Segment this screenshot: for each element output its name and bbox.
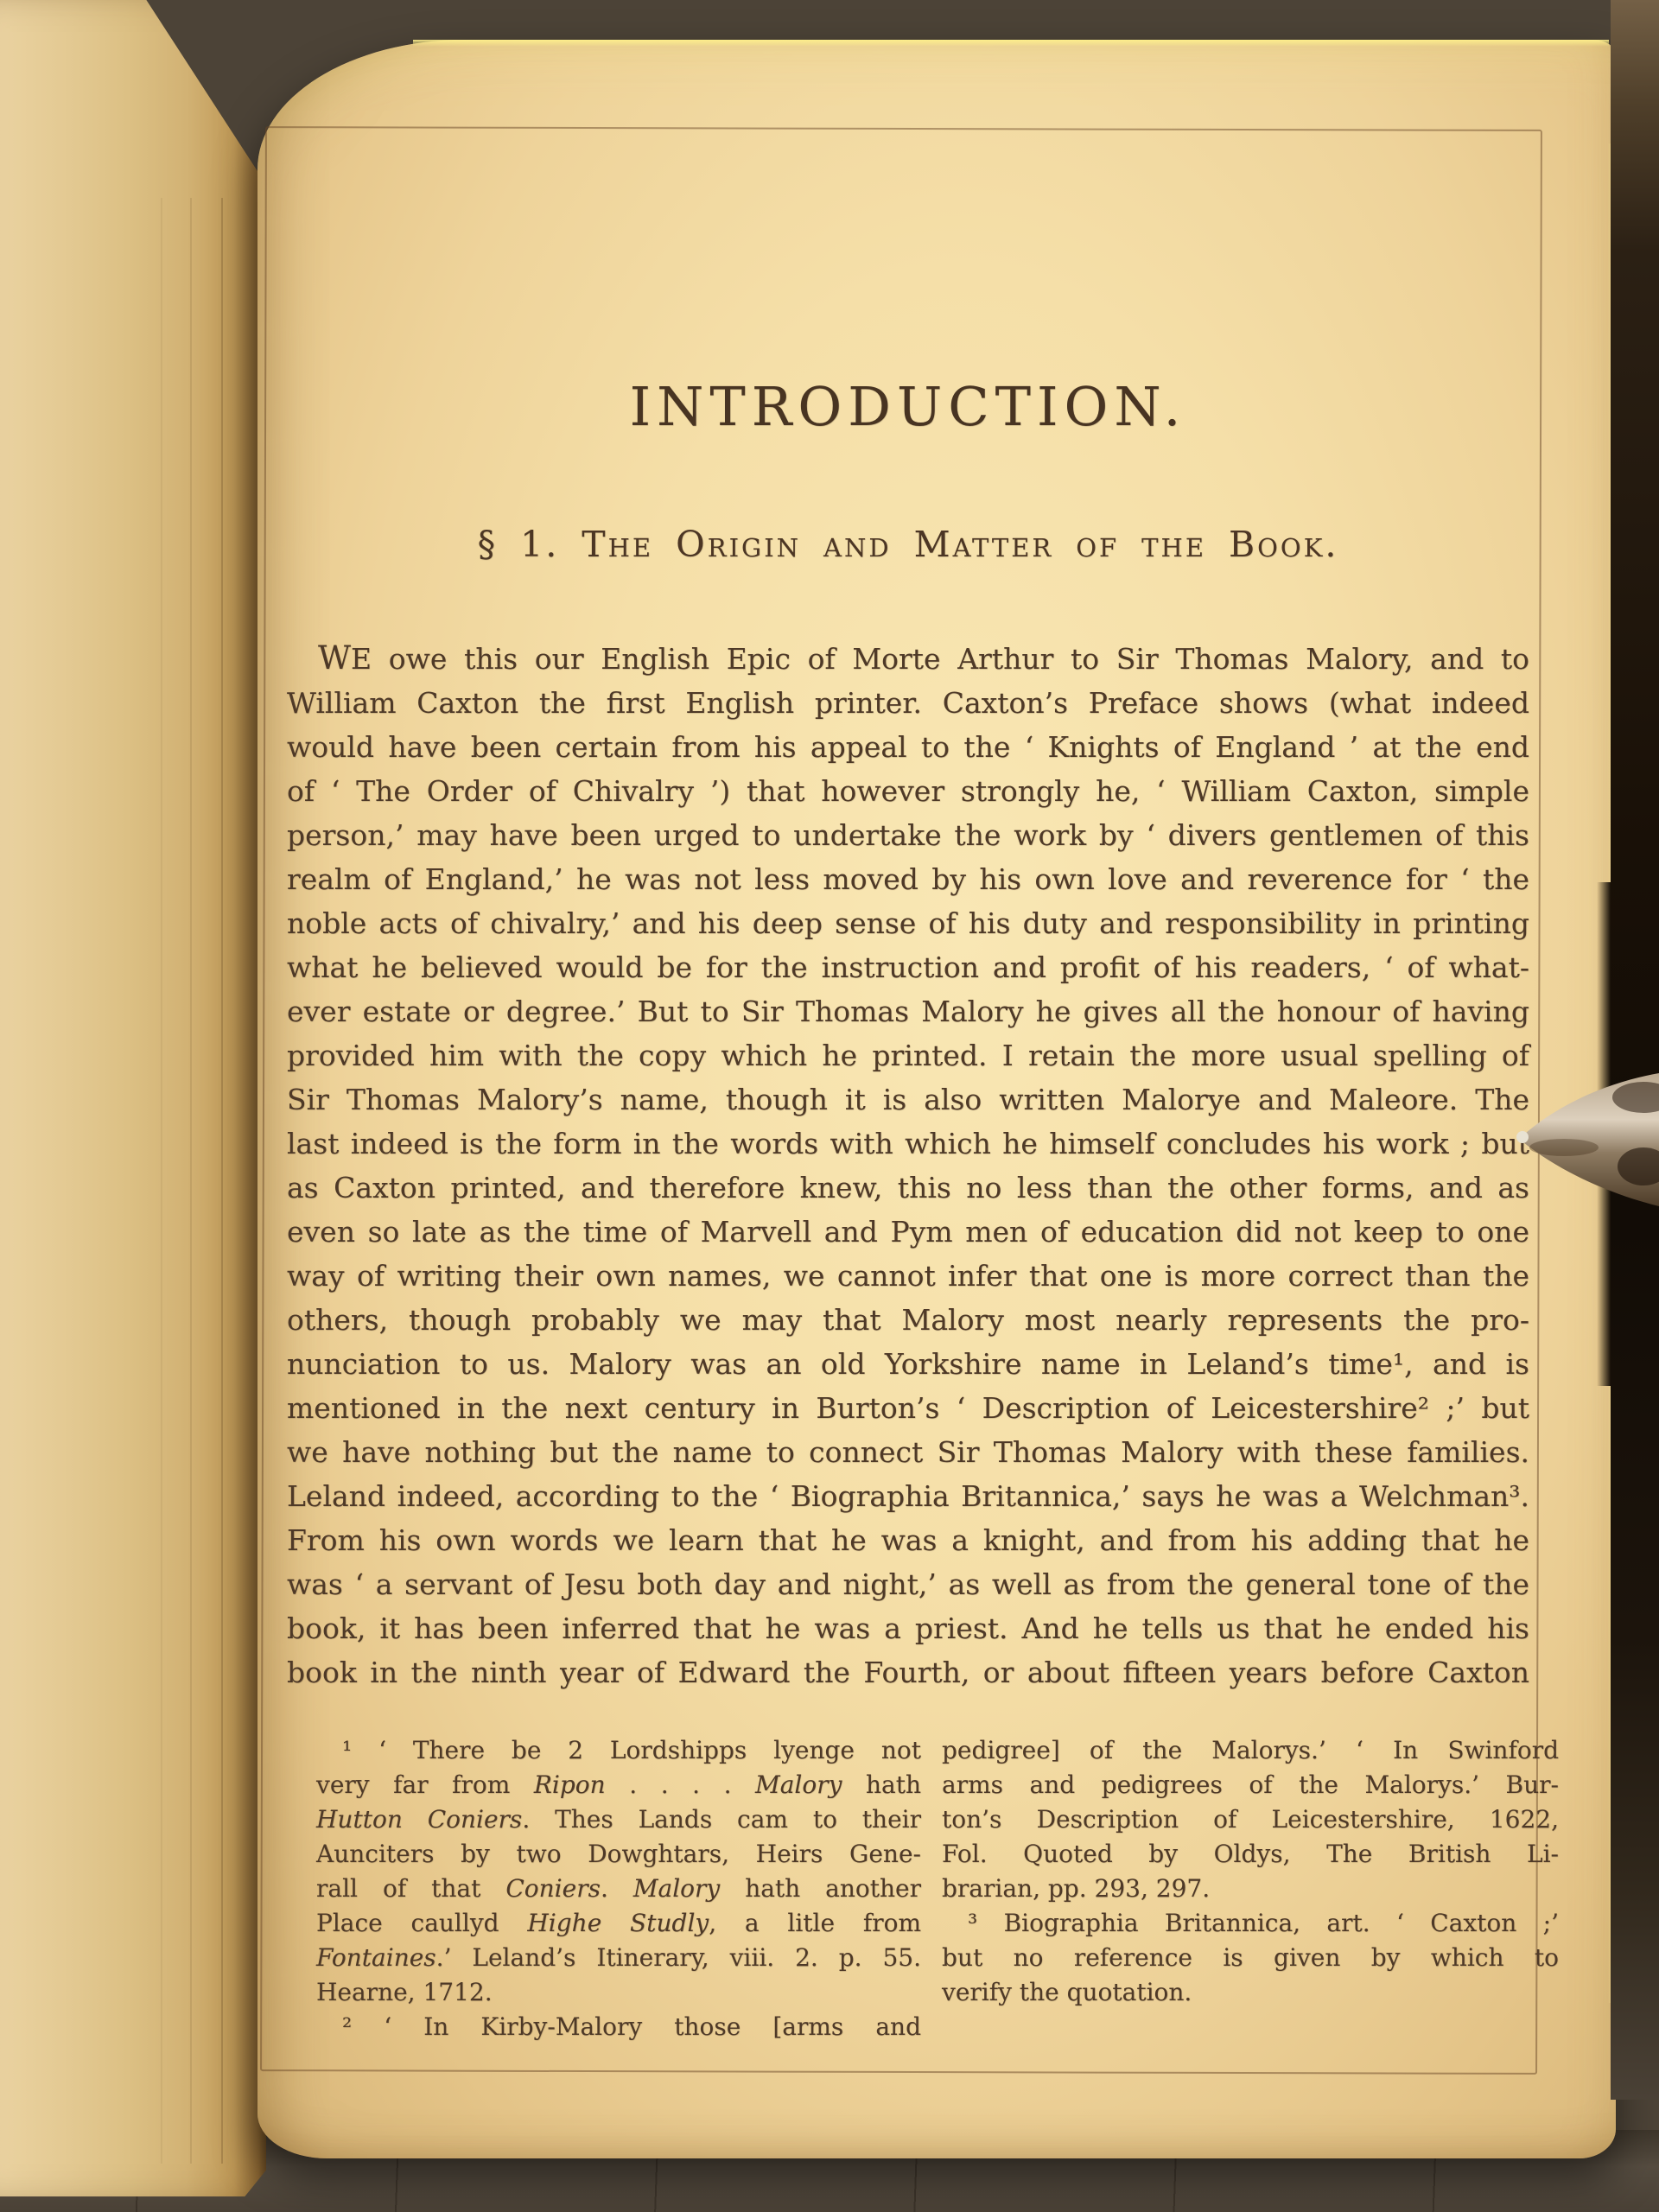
facing-page-edges (0, 0, 266, 2196)
footnote-text: verify the quotation. (942, 1978, 1192, 2006)
footnote-line: Hutton Coniers. Thes Lands cam to their (316, 1802, 921, 1837)
body-line: WE owe this our English Epic of Morte Ar… (287, 636, 1529, 681)
footnote-text: very far from (316, 1770, 534, 1799)
footnote-line: but no reference is given by which to (942, 1941, 1559, 1975)
body-line: From his own words we learn that he was … (287, 1518, 1529, 1562)
book-photo: INTRODUCTION. § 1. The Origin and Matter… (0, 0, 1659, 2212)
body-line: Leland indeed, according to the ‘ Biogra… (287, 1474, 1529, 1518)
body-line: was ‘ a servant of Jesu both day and nig… (287, 1562, 1529, 1606)
footnote-text: Fontaines (316, 1943, 436, 1972)
footnote-text: Ripon (534, 1770, 606, 1799)
footnote-line: Aunciters by two Dowghtars, Heirs Gene- (316, 1837, 921, 1872)
footnote-text: pedigree] of the Malorys.’ ‘ In Swinford (942, 1736, 1559, 1764)
body-line: mentioned in the next century in Burton’… (287, 1386, 1529, 1430)
footnote-text: rall of that (316, 1874, 505, 1903)
footnote-text: ton’s Description of Leicestershire, 162… (942, 1805, 1559, 1834)
body-line: nunciation to us. Malory was an old York… (287, 1342, 1529, 1386)
footnote-line: pedigree] of the Malorys.’ ‘ In Swinford (942, 1733, 1559, 1768)
footnote-text: , a litle from (709, 1909, 921, 1937)
body-line: book, it has been inferred that he was a… (287, 1606, 1529, 1650)
footnote-line: Fontaines.’ Leland’s Itinerary, viii. 2.… (316, 1941, 921, 1975)
footnote-text: ² ‘ In Kirby-Malory those [arms and (342, 2012, 921, 2041)
body-line: noble acts of chivalry,’ and his deep se… (287, 901, 1529, 945)
body-line: what he believed would be for the instru… (287, 945, 1529, 989)
footnote-text: Malory (633, 1874, 720, 1903)
footnote-text: Malory (755, 1770, 842, 1799)
footnote-line: verify the quotation. (942, 1975, 1559, 2010)
body-line: way of writing their own names, we canno… (287, 1254, 1529, 1298)
body-line: provided him with the copy which he prin… (287, 1033, 1529, 1077)
body-line: Sir Thomas Malory’s name, though it is a… (287, 1077, 1529, 1122)
body-line: of ‘ The Order of Chivalry ’) that howev… (287, 769, 1529, 813)
body-line: others, though probably we may that Malo… (287, 1298, 1529, 1342)
footnote-right-column: pedigree] of the Malorys.’ ‘ In Swinford… (942, 1733, 1559, 2010)
footnote-text: brarian, pp. 293, 297. (942, 1874, 1210, 1903)
page-edge-crease (161, 198, 162, 2164)
footnote-text: Hutton Coniers (316, 1805, 522, 1834)
footnote-text: Fol. Quoted by Oldys, The British Li- (942, 1840, 1559, 1868)
footnote-line: ³ Biographia Britannica, art. ‘ Caxton ;… (942, 1906, 1559, 1941)
footnote-text: arms and pedigrees of the Malorys.’ Bur- (942, 1770, 1559, 1799)
footnote-line: Place caullyd Highe Studly, a litle from (316, 1906, 921, 1941)
footnote-text: Highe Studly (527, 1909, 709, 1937)
footnote-text: hath another (720, 1874, 921, 1903)
footnote-line: Fol. Quoted by Oldys, The British Li- (942, 1837, 1559, 1872)
footnote-line: brarian, pp. 293, 297. (942, 1872, 1559, 1906)
footnote-left-column: ¹ ‘ There be 2 Lordshipps lyenge notvery… (316, 1733, 921, 2044)
footnote-text: . (601, 1874, 633, 1903)
section-mark: § 1. (478, 524, 560, 565)
page-edge-crease (221, 198, 223, 2164)
section-title: The Origin and Matter of the Book. (582, 524, 1338, 565)
body-line: William Caxton the first English printer… (287, 681, 1529, 725)
footnote-line: very far from Ripon . . . . Malory hath (316, 1768, 921, 1802)
footnote-text: ¹ ‘ There be 2 Lordshipps lyenge not (342, 1736, 921, 1764)
body-line: ever estate or degree.’ But to Sir Thoma… (287, 989, 1529, 1033)
metal-page-marker (1514, 1065, 1659, 1213)
body-line: last indeed is the form in the words wit… (287, 1122, 1529, 1166)
footnote-text: Aunciters by two Dowghtars, Heirs Gene- (316, 1840, 921, 1868)
body-line: we have nothing but the name to connect … (287, 1430, 1529, 1474)
body-line: realm of England,’ he was not less moved… (287, 857, 1529, 901)
footnote-text: ³ Biographia Britannica, art. ‘ Caxton ;… (968, 1909, 1559, 1937)
footnote-text: . . . . (606, 1770, 755, 1799)
body-paragraph: WE owe this our English Epic of Morte Ar… (287, 636, 1529, 1694)
body-line: even so late as the time of Marvell and … (287, 1210, 1529, 1254)
body-line: book in the ninth year of Edward the Fou… (287, 1650, 1529, 1694)
footnote-text: Place caullyd (316, 1909, 527, 1937)
footnote-text: Coniers (505, 1874, 601, 1903)
page-edge-crease (190, 198, 192, 2164)
footnote-text: but no reference is given by which to (942, 1943, 1559, 1972)
body-line: as Caxton printed, and therefore knew, t… (287, 1166, 1529, 1210)
book-page: INTRODUCTION. § 1. The Origin and Matter… (257, 40, 1616, 2158)
background-right-shadow (1611, 0, 1659, 2100)
body-line: person,’ may have been urged to undertak… (287, 813, 1529, 857)
section-heading: § 1. The Origin and Matter of the Book. (287, 522, 1529, 567)
footnote-line: arms and pedigrees of the Malorys.’ Bur- (942, 1768, 1559, 1802)
footnote-text: hath (842, 1770, 921, 1799)
footnote-line: ton’s Description of Leicestershire, 162… (942, 1802, 1559, 1837)
footnote-text: Hearne, 1712. (316, 1978, 493, 2006)
footnote-line: ² ‘ In Kirby-Malory those [arms and (316, 2010, 921, 2044)
page-content: INTRODUCTION. § 1. The Origin and Matter… (287, 40, 1529, 1694)
footnote-line: Hearne, 1712. (316, 1975, 921, 2010)
footnote-text: . Thes Lands cam to their (522, 1805, 921, 1834)
body-line: would have been certain from his appeal … (287, 725, 1529, 769)
page-title: INTRODUCTION. (287, 375, 1529, 439)
footnote-text: .’ Leland’s Itinerary, viii. 2. p. 55. (436, 1943, 921, 1972)
footnote-line: rall of that Coniers. Malory hath anothe… (316, 1872, 921, 1906)
footnote-line: ¹ ‘ There be 2 Lordshipps lyenge not (316, 1733, 921, 1768)
